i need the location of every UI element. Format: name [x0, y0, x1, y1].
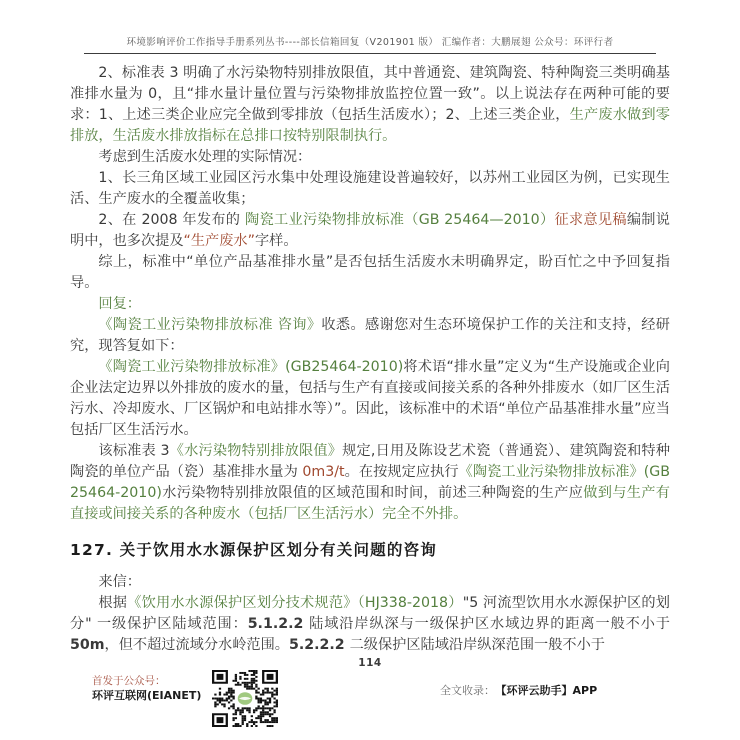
paragraph: 《陶瓷工业污染物排放标准》(GB25464-2010)将术语“排水量”定义为“生…	[70, 357, 670, 441]
text-segment: 陆域沿岸纵深与一级保护区水域边界的距离一般不小于	[309, 616, 670, 632]
footer-collection-caption: 全文收录：	[440, 684, 495, 697]
text-segment: 来信：	[98, 574, 141, 590]
footer-publisher-caption: 首发于公众号：	[92, 674, 201, 689]
text-segment: 二级保护区陆域沿岸纵深范围一般不小于	[350, 637, 605, 653]
text-segment: 《饮用水水源保护区划分技术规范》（HJ338-2018）	[127, 595, 463, 611]
text-segment: 水污染物特别排放限值的区域范围和时间，前述三种陶瓷的生产应	[162, 485, 583, 501]
text-segment: 字样。	[255, 233, 298, 249]
document-body: 2、标准表 3 明确了水污染物特别排放限值，其中普通瓷、建筑陶瓷、特种陶瓷三类明…	[70, 63, 670, 656]
text-segment: 50m	[70, 637, 105, 653]
paragraph: 回复：	[70, 294, 670, 315]
document-header: 环境影响评价工作指导手册系列丛书----部长信箱回复（V201901 版） 汇编…	[84, 34, 656, 54]
body-paragraphs-top: 2、标准表 3 明确了水污染物特别排放限值，其中普通瓷、建筑陶瓷、特种陶瓷三类明…	[70, 63, 670, 525]
body-paragraphs-bottom: 来信：根据《饮用水水源保护区划分技术规范》（HJ338-2018）"5 河流型饮…	[70, 572, 670, 656]
paragraph: 2、在 2008 年发布的 陶瓷工业污染物排放标准（GB 25464—2010）…	[70, 210, 670, 252]
text-segment: 综上，标准中“单位产品基准排水量”是否包括生活废水未明确界定，盼百忙之中予回复指…	[70, 254, 670, 291]
paragraph: 1、长三角区域工业园区污水集中处理设施建设普遍较好，以苏州工业园区为例，已实现生…	[70, 168, 670, 210]
text-segment: 征求意见稿	[554, 212, 626, 228]
text-segment: 《陶瓷工业污染物排放标准 咨询》	[98, 317, 321, 333]
paragraph: 来信：	[70, 572, 670, 593]
footer-publisher-name: 环评互联网(EIANET)	[92, 689, 201, 704]
text-segment: 考虑到生活废水处理的实际情况：	[98, 149, 311, 165]
text-segment: 《陶瓷工业污染物排放标准》(GB25464-2010)	[98, 359, 403, 375]
footer-collection-app: 【环评云助手】APP	[501, 684, 597, 697]
document-page: 环境影响评价工作指导手册系列丛书----部长信箱回复（V201901 版） 汇编…	[0, 0, 740, 740]
text-segment: 1、长三角区域工业园区污水集中处理设施建设普遍较好，以苏州工业园区为例，已实现生…	[70, 170, 670, 207]
footer-publisher: 首发于公众号： 环评互联网(EIANET)	[92, 674, 201, 703]
paragraph: 根据《饮用水水源保护区划分技术规范》（HJ338-2018）"5 河流型饮用水水…	[70, 593, 670, 656]
qr-code-icon	[212, 670, 278, 727]
text-segment: 。在按规定应执行	[345, 464, 459, 480]
paragraph: 2、标准表 3 明确了水污染物特别排放限值，其中普通瓷、建筑陶瓷、特种陶瓷三类明…	[70, 63, 670, 147]
text-segment: 回复：	[98, 296, 141, 312]
text-segment: 5.2.2.2	[289, 637, 350, 653]
text-segment: 2、在 2008 年发布的	[98, 212, 245, 228]
paragraph: 《陶瓷工业污染物排放标准 咨询》收悉。感谢您对生态环境保护工作的关注和支持，经研…	[70, 315, 670, 357]
text-segment: ，但不超过流域分水岭范围。	[105, 637, 289, 653]
paragraph: 综上，标准中“单位产品基准排水量”是否包括生活废水未明确界定，盼百忙之中予回复指…	[70, 252, 670, 294]
footer-collection: 全文收录：【环评云助手】APP	[440, 682, 597, 698]
text-segment: 《水污染物特别排放限值》	[170, 443, 343, 459]
text-segment: 0m3/t	[302, 464, 344, 480]
paragraph: 该标准表 3《水污染物特别排放限值》规定,日用及陈设艺术瓷（普通瓷）、建筑陶瓷和…	[70, 441, 670, 525]
page-number: 114	[0, 657, 740, 669]
text-segment: 陶瓷工业污染物排放标准（GB 25464—2010）	[245, 212, 554, 228]
text-segment: 该标准表 3	[98, 443, 169, 459]
text-segment: 5.1.2.2	[248, 616, 309, 632]
paragraph: 考虑到生活废水处理的实际情况：	[70, 147, 670, 168]
text-segment: 根据	[98, 595, 127, 611]
text-segment: “生产废水”	[184, 233, 255, 249]
section-heading-127: 127. 关于饮用水水源保护区划分有关问题的咨询	[70, 540, 670, 560]
